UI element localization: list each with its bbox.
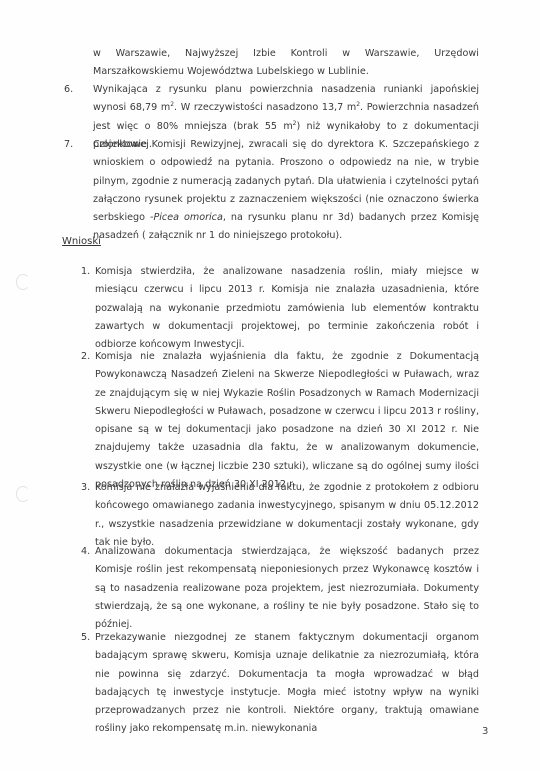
conclusion-item-4: 4. Analizowana dokumentacja stwierdzając… (81, 543, 479, 634)
list-item-text: Członkowie Komisji Rewizyjnej, zwracali … (93, 136, 479, 246)
conclusion-number: 5. (81, 629, 90, 647)
conclusion-item-2: 2. Komisja nie znalazła wyjaśnienia dla … (81, 348, 479, 494)
conclusion-item-5: 5. Przekazywanie niezgodnej ze stanem fa… (81, 629, 479, 739)
conclusion-text: Komisja nie znalazła wyjaśnienia dla fak… (95, 348, 479, 494)
conclusion-number: 4. (81, 543, 90, 561)
punch-hole-mark (16, 486, 30, 502)
list-number: 6. (64, 81, 86, 99)
conclusion-text: Analizowana dokumentacja stwierdzająca, … (95, 543, 479, 634)
conclusion-number: 1. (81, 263, 90, 281)
section-heading: Wnioski (62, 236, 101, 247)
conclusion-number: 2. (81, 348, 90, 366)
conclusion-text: Komisja nie znalazła wyjaśnienia dla fak… (95, 479, 479, 552)
punch-hole-mark (16, 274, 30, 290)
conclusion-item-3: 3. Komisja nie znalazła wyjaśnienia dla … (81, 479, 479, 552)
conclusion-item-1: 1. Komisja stwierdziła, że analizowane n… (81, 263, 479, 354)
page-number: 3 (482, 726, 488, 737)
document-page: w Warszawie, Najwyższej Izbie Kontroli w… (0, 0, 540, 771)
continuation-paragraph: w Warszawie, Najwyższej Izbie Kontroli w… (93, 45, 479, 82)
conclusion-text: Komisja stwierdziła, że analizowane nasa… (95, 263, 479, 354)
conclusion-text: Przekazywanie niezgodnej ze stanem fakty… (95, 629, 479, 739)
conclusion-number: 3. (81, 479, 90, 497)
list-number: 7. (64, 136, 86, 154)
list-item-7: 7. Członkowie Komisji Rewizyjnej, zwraca… (64, 136, 479, 246)
